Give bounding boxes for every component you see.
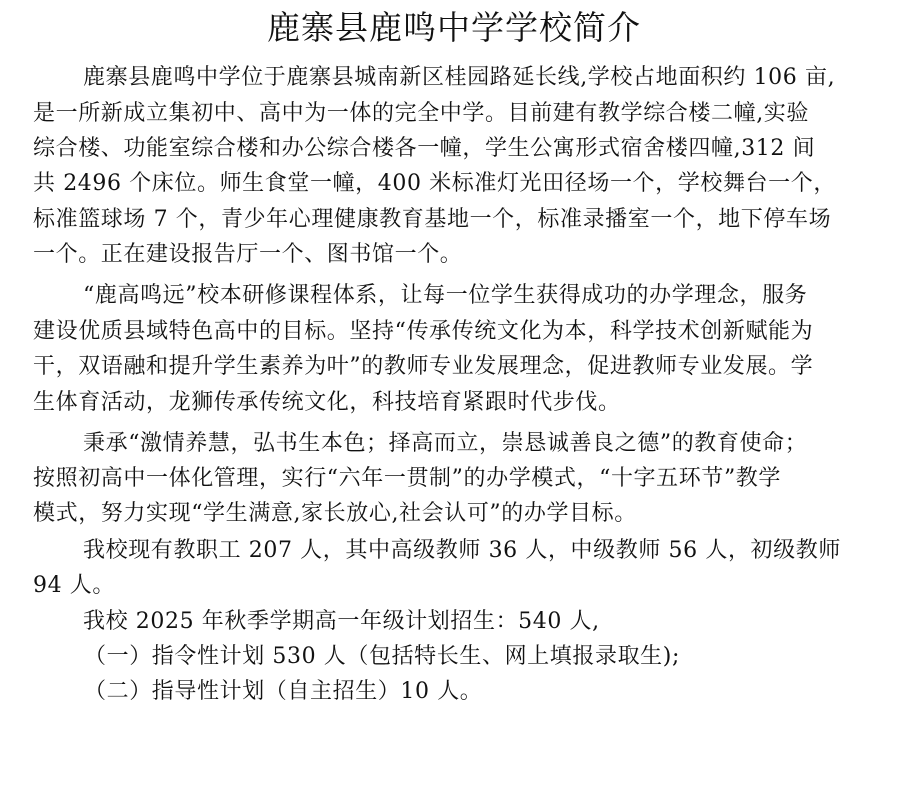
- text-line: 模式，努力实现“学生满意,家长放心,社会认可”的办学目标。: [33, 499, 637, 529]
- text-line: 按照初高中一体化管理，实行“六年一贯制”的办学模式，“十字五环节”教学: [33, 464, 781, 494]
- text-line: 干，双语融和提升学生素养为叶”的教师专业发展理念，促进教师专业发展。学: [33, 352, 813, 382]
- text-line: 94 人。: [33, 571, 115, 601]
- text-line: 标准篮球场 7 个，青少年心理健康教育基地一个，标准录播室一个，地下停车场: [33, 205, 831, 235]
- text-line: 秉承“激情养慧，弘书生本色；择高而立，崇恳诚善良之德”的教育使命；: [83, 429, 807, 459]
- text-line: 综合楼、功能室综合楼和办公综合楼各一幢，学生公寓形式宿舍楼四幢,312 间: [33, 134, 815, 164]
- text-line: 我校 2025 年秋季学期高一年级计划招生：540 人,: [83, 607, 600, 637]
- text-line: 建设优质县域特色高中的目标。坚持“传承传统文化为本，科学技术创新赋能为: [33, 317, 813, 347]
- text-line: 我校现有教职工 207 人，其中高级教师 36 人，中级教师 56 人，初级教师: [83, 536, 841, 566]
- text-line: “鹿高鸣远”校本研修课程体系，让每一位学生获得成功的办学理念，服务: [83, 281, 807, 311]
- text-line: 共 2496 个床位。师生食堂一幢，400 米标准灯光田径场一个，学校舞台一个，: [33, 169, 836, 199]
- document-title: 鹿寨县鹿鸣中学学校简介: [0, 8, 908, 48]
- text-line: 是一所新成立集初中、高中为一体的完全中学。目前建有教学综合楼二幢,实验: [33, 99, 809, 129]
- enrollment-item-directive: （一）指令性计划 530 人（包括特长生、网上填报录取生);: [84, 642, 680, 672]
- text-line: 一个。正在建设报告厅一个、图书馆一个。: [33, 240, 462, 270]
- text-line: 生体育活动，龙狮传承传统文化，科技培育紧跟时代步伐。: [33, 388, 621, 418]
- enrollment-item-guidance: （二）指导性计划（自主招生）10 人。: [84, 677, 482, 707]
- text-line: 鹿寨县鹿鸣中学位于鹿寨县城南新区桂园路延长线,学校占地面积约 106 亩,: [83, 63, 835, 93]
